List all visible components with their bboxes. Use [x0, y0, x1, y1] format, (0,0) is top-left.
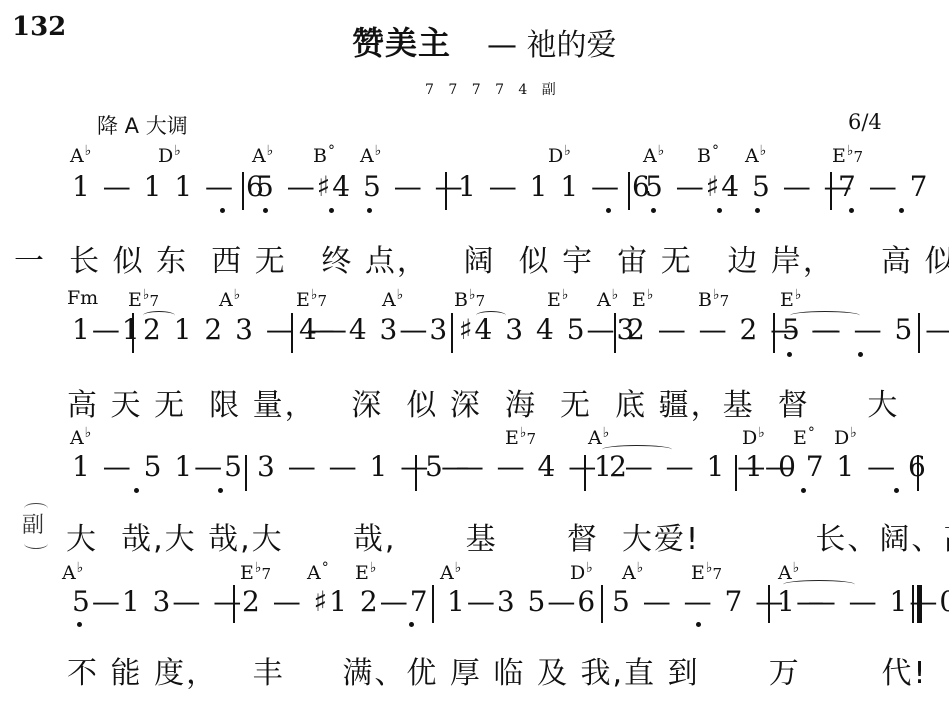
chord-root: E [691, 562, 705, 584]
hymn-subtitle: — 祂的爱 [487, 20, 617, 64]
key-signature: 降 A 大调 [97, 110, 188, 140]
chord-root: B [697, 145, 711, 167]
chord-root: A [745, 145, 759, 167]
low-octave-dot [651, 208, 656, 213]
chord-root: D [834, 427, 849, 449]
chord-root: B [698, 289, 712, 311]
chord-symbol: A♭ [597, 287, 618, 311]
chord-root: E [128, 289, 142, 311]
flat-icon: ♭ [612, 287, 619, 303]
diminished-icon: ° [712, 143, 719, 159]
barline [432, 585, 434, 623]
barline [918, 313, 920, 353]
flat-icon: ♭ [375, 143, 382, 159]
chord-symbol: E♭7 [832, 143, 863, 167]
chord-symbol: B° [697, 143, 719, 167]
chord-root: E [355, 562, 369, 584]
chord-root: A [382, 289, 396, 311]
chord-symbol: A° [307, 560, 329, 584]
chord-symbol: D♭ [742, 425, 765, 449]
low-octave-dot [606, 208, 611, 213]
barline [445, 172, 447, 210]
barline [233, 585, 235, 623]
measure-notes: 1 — — 1—0 [777, 585, 949, 618]
flat-icon: ♭ [85, 143, 92, 159]
hymn-number: 132 [12, 12, 66, 42]
barline [830, 172, 832, 210]
chord-symbol: A♭ [440, 560, 461, 584]
chord-symbol: D♭ [570, 560, 593, 584]
measure-notes: 5—1 3— — [72, 585, 243, 618]
measure-notes: 5 —♯4 5 — — [645, 170, 854, 203]
hymn-title: 赞美主 [352, 18, 451, 64]
chord-root: E [547, 289, 561, 311]
measure-notes: 2 — ♯1 2—7 [242, 585, 430, 618]
barline [628, 172, 630, 210]
chord-root: E [793, 427, 807, 449]
chord-extension: 7 [712, 565, 722, 583]
chord-root: D [742, 427, 757, 449]
chord-symbol: E♭ [355, 560, 376, 584]
chord-root: A [219, 289, 233, 311]
chord-symbol: E♭7 [505, 425, 536, 449]
low-octave-dot [134, 488, 139, 493]
flat-icon: ♭ [603, 425, 610, 441]
tie [602, 445, 672, 454]
barline [415, 455, 417, 491]
chord-symbol: B° [313, 143, 335, 167]
time-signature: 6/4 [848, 110, 882, 134]
flat-icon: ♭ [758, 425, 765, 441]
chord-symbol: A♭ [360, 143, 381, 167]
chord-symbol: A♭ [252, 143, 273, 167]
flat-icon: ♭ [647, 287, 654, 303]
flat-icon: ♭ [760, 143, 767, 159]
low-octave-dot [218, 488, 223, 493]
flat-icon: ♭ [267, 143, 274, 159]
low-octave-dot [77, 622, 82, 627]
chord-symbol: A♭ [382, 287, 403, 311]
tie [783, 580, 855, 589]
chord-extension: 7 [526, 430, 536, 448]
low-octave-dot [899, 208, 904, 213]
low-octave-dot [263, 208, 268, 213]
chord-symbol: D♭ [834, 425, 857, 449]
chord-symbol: A♭ [62, 560, 83, 584]
measure-notes: 1 — 5 1—5 [72, 450, 244, 483]
low-octave-dot [849, 208, 854, 213]
flat-icon: ♭ [234, 287, 241, 303]
chord-root: A [622, 562, 636, 584]
chord-symbol: E♭7 [691, 560, 722, 584]
chord-root: A [360, 145, 374, 167]
chord-root: A [597, 289, 611, 311]
lyric-line: 高 天 无 限 量， 深 似 深 海 无 底 疆，基 督 大 爱! [67, 380, 949, 424]
barline [451, 313, 453, 353]
chord-extension: 7 [261, 565, 271, 583]
flat-icon: ♭ [564, 143, 571, 159]
tie [790, 311, 860, 320]
refrain-paren-bottom [24, 538, 48, 549]
chord-root: E [240, 562, 254, 584]
meter-label: 7 7 7 7 4 副 [425, 79, 561, 99]
flat-icon: ♭ [370, 560, 377, 576]
chord-symbol: E♭ [547, 287, 568, 311]
lyric-line: 一 长 似 东 西 无 终 点， 阔 似 宇 宙 无 边 岸， 高 似 [14, 236, 949, 280]
chord-root: B [454, 289, 468, 311]
flat-icon: ♭ [637, 560, 644, 576]
barline [601, 585, 603, 623]
chord-root: A [62, 562, 76, 584]
barline [584, 455, 586, 491]
flat-icon: ♭ [586, 560, 593, 576]
chord-root: E [780, 289, 794, 311]
lyric-line: 大 哉,大 哉,大 哉, 基 督 大爱! 长、阔、高、深 [66, 514, 949, 558]
chord-symbol: A♭ [622, 560, 643, 584]
barline [773, 313, 775, 353]
chord-symbol: B♭7 [698, 287, 729, 311]
low-octave-dot [755, 208, 760, 213]
chord-symbol: E° [793, 425, 815, 449]
chord-root: B [313, 145, 327, 167]
measure-notes: 5 —♯4 5 — — [256, 170, 465, 203]
chord-symbol: A♭ [745, 143, 766, 167]
chord-root: Fm [67, 287, 98, 309]
flat-icon: ♭ [850, 425, 857, 441]
chord-extension: 7 [317, 292, 327, 310]
lyric-line: 不 能 度， 丰 满、优 厚 临 及 我,直 到 万 代! [67, 648, 928, 692]
chord-extension: 7 [476, 292, 486, 310]
chord-root: E [632, 289, 646, 311]
barline [245, 455, 247, 491]
measure-notes: 1 — 1 1 — 6 [72, 170, 266, 203]
flat-icon: ♭ [795, 287, 802, 303]
measure-notes: 1—3 5—6 [447, 585, 597, 618]
flat-icon: ♭ [77, 560, 84, 576]
chord-symbol: B♭7 [454, 287, 485, 311]
low-octave-dot [894, 488, 899, 493]
flat-icon: ♭ [713, 287, 720, 303]
chord-root: D [548, 145, 563, 167]
flat-icon: ♭ [455, 560, 462, 576]
flat-icon: ♭ [562, 287, 569, 303]
chord-root: A [643, 145, 657, 167]
measure-notes: 1 — 1 1 — 6 [458, 170, 652, 203]
chord-root: E [505, 427, 519, 449]
chord-extension: 7 [853, 148, 863, 166]
barline [917, 455, 919, 491]
diminished-icon: ° [328, 143, 335, 159]
chord-symbol: A♭ [70, 143, 91, 167]
chord-symbol: Fm [67, 287, 98, 309]
slur [143, 311, 175, 320]
chord-root: A [70, 145, 84, 167]
chord-symbol: E♭ [632, 287, 653, 311]
barline [132, 313, 134, 353]
chord-root: A [440, 562, 454, 584]
flat-icon: ♭ [658, 143, 665, 159]
flat-icon: ♭ [397, 287, 404, 303]
measure-notes: 7 — 7 [838, 170, 929, 203]
chord-root: A [588, 427, 602, 449]
chord-root: E [832, 145, 846, 167]
low-octave-dot [409, 622, 414, 627]
final-barline-thick [917, 585, 922, 623]
chord-symbol: E♭7 [240, 560, 271, 584]
flat-icon: ♭ [85, 425, 92, 441]
chord-root: A [307, 562, 321, 584]
measure-notes: 1— 7 1 — 6 [745, 450, 928, 483]
low-octave-dot [220, 208, 225, 213]
diminished-icon: ° [808, 425, 815, 441]
chord-symbol: D♭ [158, 143, 181, 167]
refrain-label: 副 [22, 508, 44, 539]
low-octave-dot [717, 208, 722, 213]
slur [476, 311, 506, 320]
chord-extension: 7 [720, 292, 730, 310]
flat-icon: ♭ [469, 287, 476, 303]
low-octave-dot [858, 352, 863, 357]
low-octave-dot [787, 352, 792, 357]
barline [735, 455, 737, 491]
barline [291, 313, 293, 353]
chord-symbol: E♭7 [128, 287, 159, 311]
chord-symbol: A♭ [70, 425, 91, 449]
chord-root: D [570, 562, 585, 584]
diminished-icon: ° [322, 560, 329, 576]
chord-symbol: E♭ [780, 287, 801, 311]
flat-icon: ♭ [174, 143, 181, 159]
barline [614, 313, 616, 353]
final-barline-thin [912, 585, 914, 623]
chord-root: A [70, 427, 84, 449]
barline [768, 585, 770, 623]
chord-symbol: D♭ [548, 143, 571, 167]
low-octave-dot [696, 622, 701, 627]
low-octave-dot [367, 208, 372, 213]
chord-root: A [252, 145, 266, 167]
low-octave-dot [329, 208, 334, 213]
low-octave-dot [801, 488, 806, 493]
chord-symbol: A♭ [588, 425, 609, 449]
chord-symbol: E♭7 [296, 287, 327, 311]
chord-extension: 7 [149, 292, 159, 310]
chord-symbol: A♭ [219, 287, 240, 311]
flat-icon: ♭ [793, 560, 800, 576]
measure-notes: 4—4 3—3 [299, 313, 449, 346]
chord-root: A [778, 562, 792, 584]
chord-root: D [158, 145, 173, 167]
barline [242, 172, 244, 210]
chord-symbol: A♭ [643, 143, 664, 167]
chord-root: E [296, 289, 310, 311]
